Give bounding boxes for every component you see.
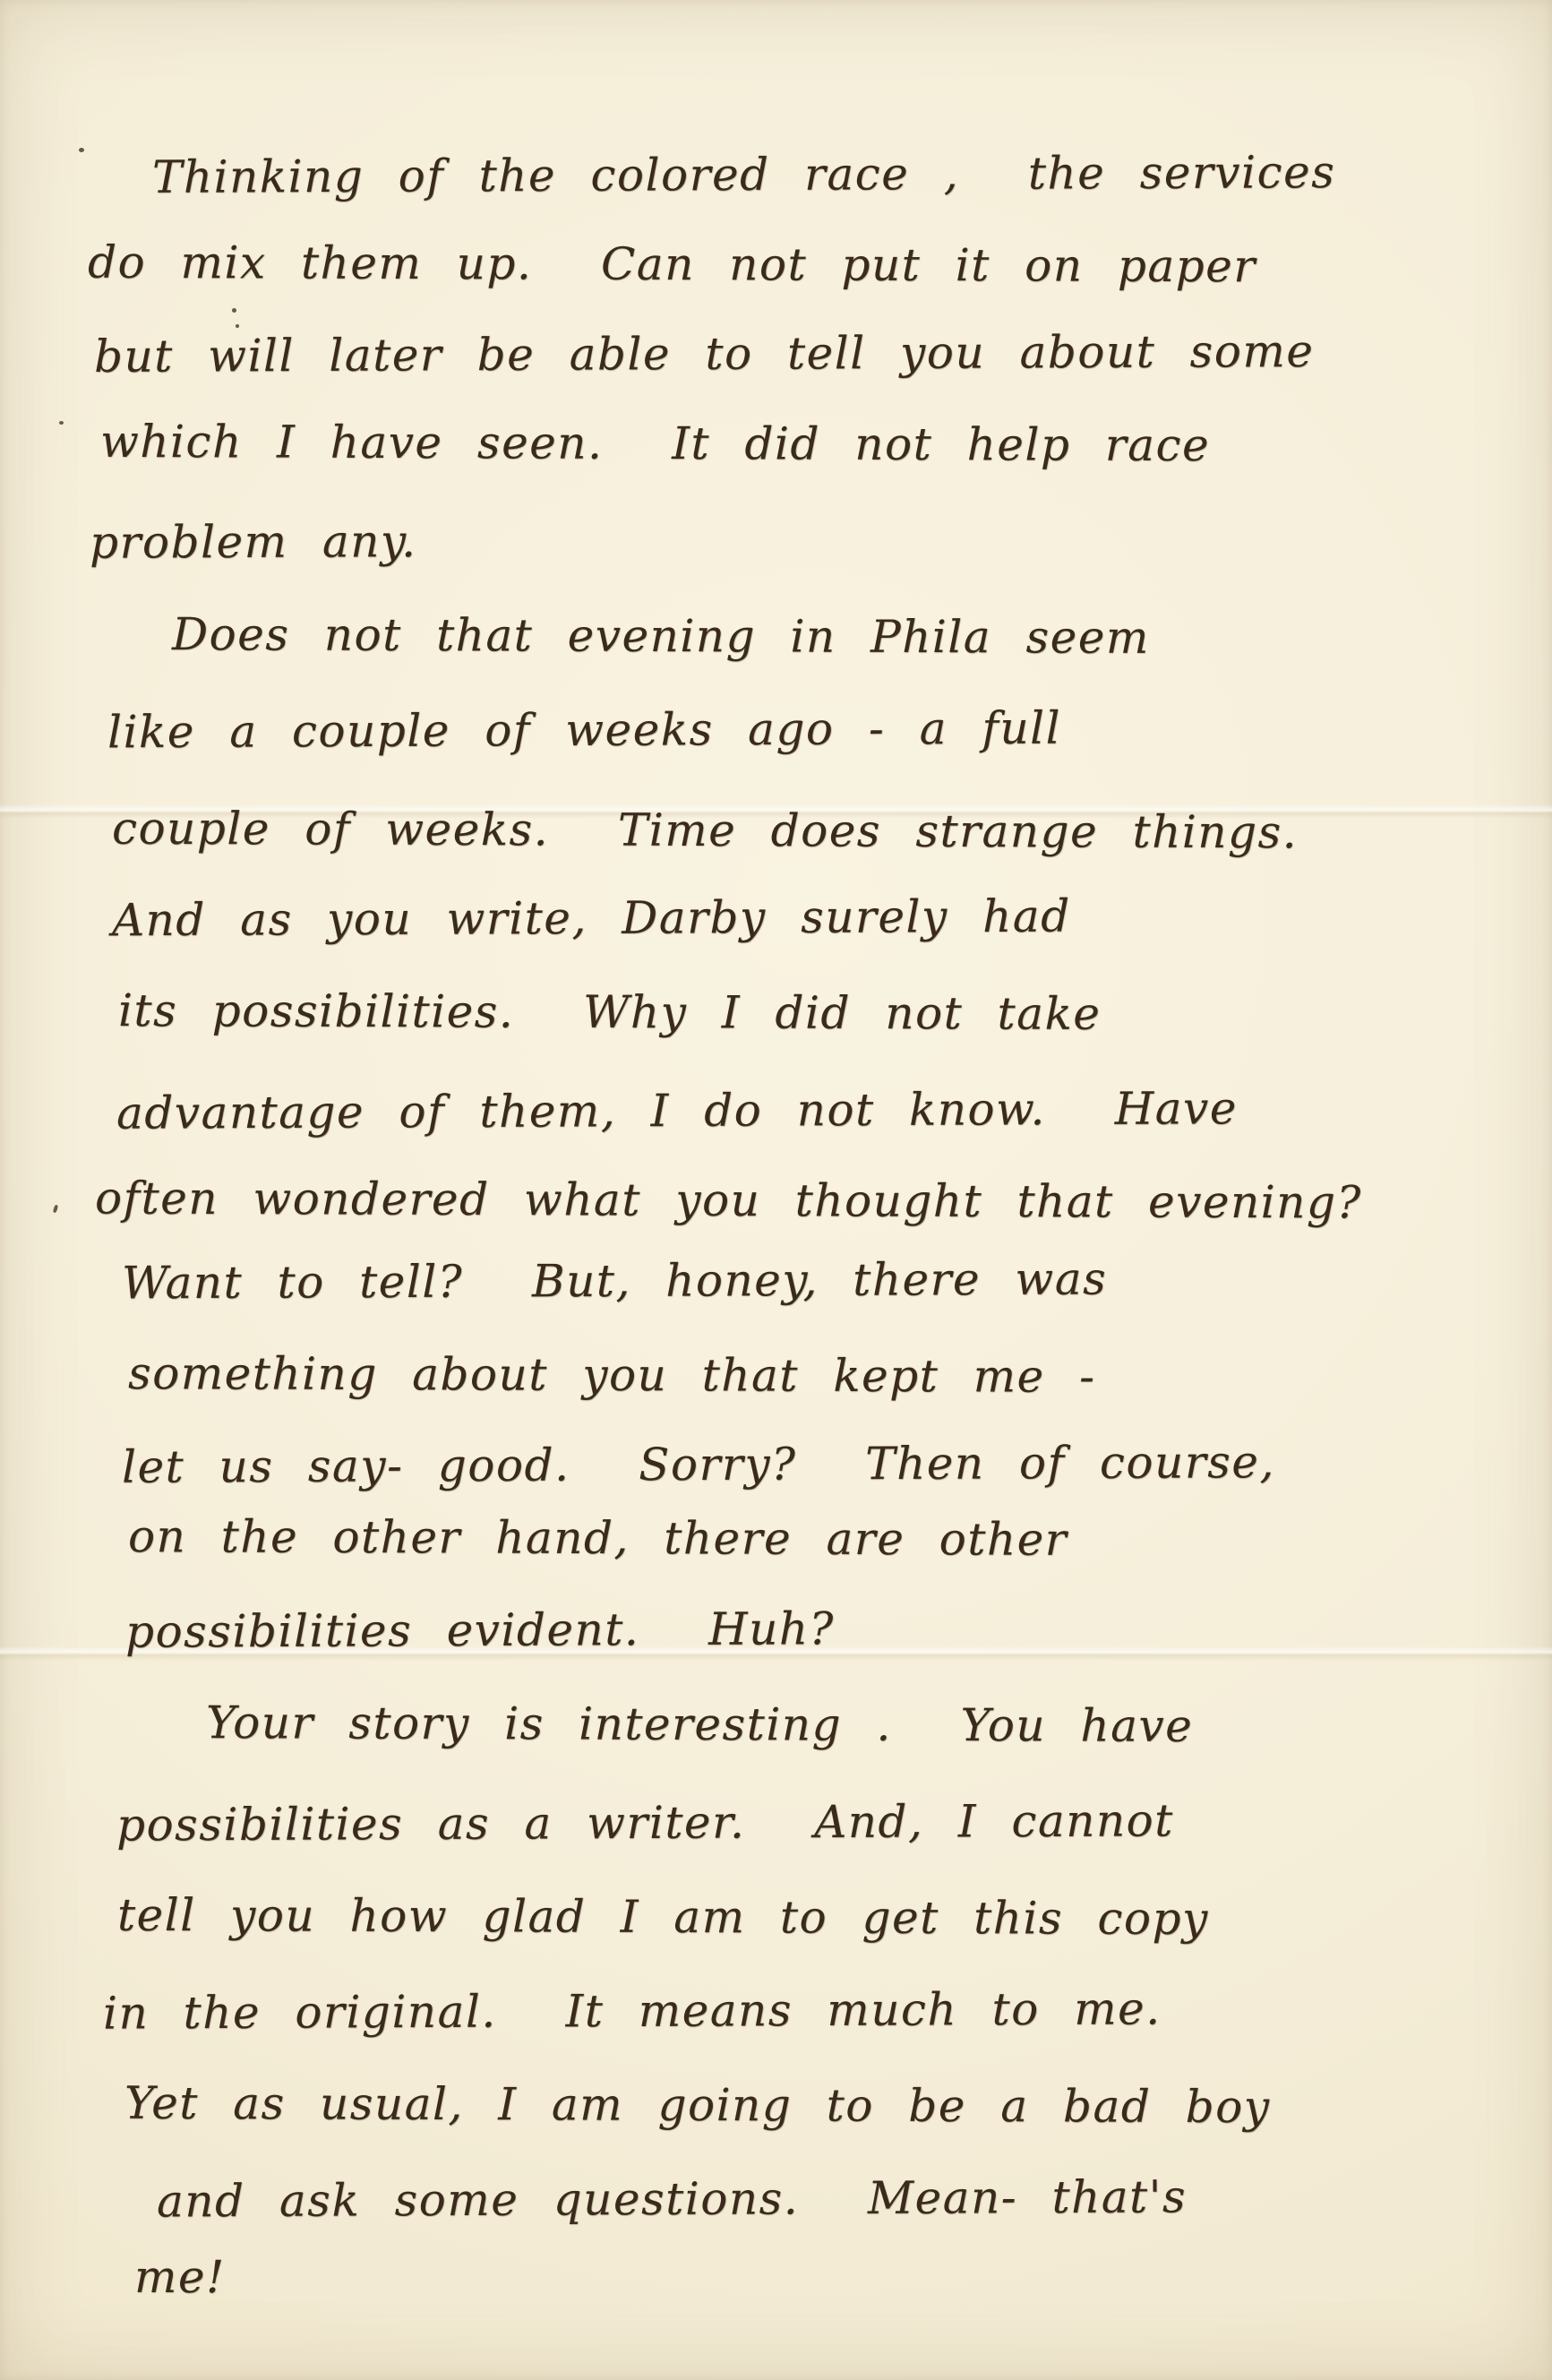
handwritten-line: tell you how glad I am to get this copy: [117, 1891, 1209, 1944]
handwritten-line: And as you write, Darby surely had: [112, 892, 1071, 946]
handwritten-line: like a couple of weeks ago - a full: [107, 704, 1061, 758]
letter-page-scan: Thinking of the colored race , the servi…: [0, 0, 1552, 2380]
handwritten-line: let us say- good. Sorry? Then of course,: [122, 1438, 1275, 1492]
ink-speck: [59, 421, 64, 425]
handwritten-line: often wondered what you thought that eve…: [95, 1174, 1362, 1228]
handwritten-line: advantage of them, I do not know. Have: [116, 1084, 1238, 1138]
handwritten-line: possibilities as a writer. And, I cannot: [116, 1796, 1174, 1850]
handwritten-line: Yet as usual, I am going to be a bad boy: [124, 2079, 1271, 2132]
ink-speck: [232, 308, 236, 313]
handwritten-line: and ask some questions. Mean- that's: [157, 2172, 1187, 2226]
handwritten-line: possibilities evident. Huh?: [125, 1604, 835, 1656]
handwritten-line: me!: [134, 2253, 226, 2302]
ink-speck: [79, 148, 84, 152]
handwritten-line: do mix them up. Can not put it on paper: [88, 238, 1256, 292]
handwritten-line: which I have seen. It did not help race: [100, 417, 1210, 470]
handwritten-line: couple of weeks. Time does strange thing…: [112, 804, 1298, 858]
handwritten-line: something about you that kept me -: [128, 1349, 1096, 1402]
ink-speck: [53, 1205, 59, 1214]
handwritten-line: Thinking of the colored race , the servi…: [152, 148, 1336, 202]
handwritten-line: in the original. It means much to me.: [103, 1984, 1162, 2038]
handwritten-line: Does not that evening in Phila seem: [172, 610, 1150, 663]
handwritten-line: on the other hand, there are other: [128, 1512, 1068, 1565]
handwritten-line: problem any.: [90, 517, 417, 568]
handwritten-line: but will later be able to tell you about…: [94, 327, 1315, 382]
handwritten-line: Want to tell? But, honey, there was: [122, 1255, 1107, 1309]
handwritten-line: its possibilities. Why I did not take: [118, 986, 1102, 1039]
ink-speck: [236, 324, 239, 328]
handwritten-line: Your story is interesting . You have: [206, 1698, 1193, 1751]
